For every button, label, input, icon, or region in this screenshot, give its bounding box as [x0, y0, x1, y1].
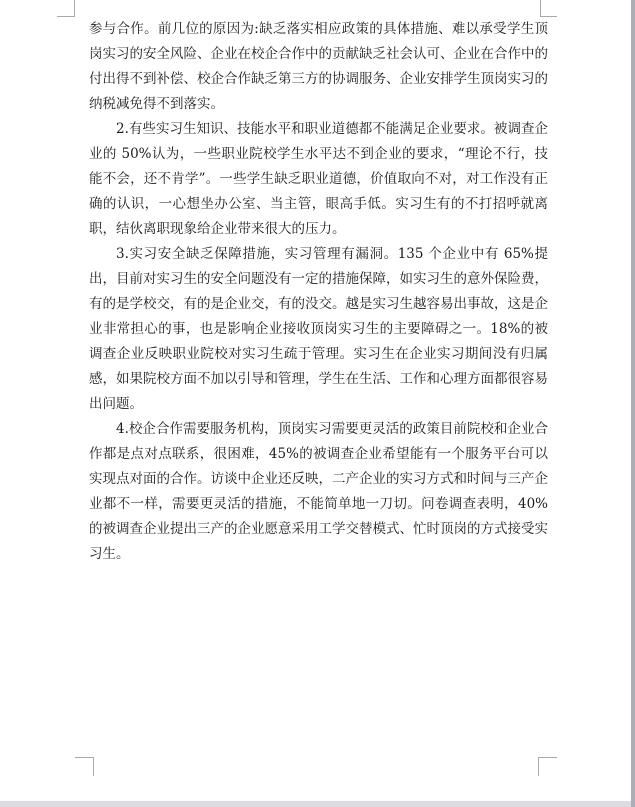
- paragraph[interactable]: 4.校企合作需要服务机构，顶岗实习需要更灵活的政策目前院校和企业合作都是点对点联…: [89, 417, 548, 567]
- document-page: 参与合作。前几位的原因为:缺乏落实相应政策的具体措施、难以承受学生顶岗实习的安全…: [0, 0, 635, 807]
- paragraph[interactable]: 3.实习安全缺乏保障措施，实习管理有漏洞。135 个企业中有 65%提出，目前对…: [89, 242, 548, 417]
- crop-mark-bottom-left: [75, 757, 94, 776]
- page-right-edge: [631, 0, 635, 807]
- crop-mark-top-left: [57, 0, 75, 17]
- crop-mark-bottom-right: [538, 757, 557, 776]
- paragraph[interactable]: 2.有些实习生知识、技能水平和职业道德都不能满足企业要求。被调查企业的 50%认…: [89, 117, 548, 242]
- document-text-area[interactable]: 参与合作。前几位的原因为:缺乏落实相应政策的具体措施、难以承受学生顶岗实习的安全…: [89, 17, 548, 567]
- crop-mark-top-right: [540, 0, 557, 17]
- paragraph[interactable]: 参与合作。前几位的原因为:缺乏落实相应政策的具体措施、难以承受学生顶岗实习的安全…: [89, 17, 548, 117]
- page-bottom-edge: [0, 801, 631, 807]
